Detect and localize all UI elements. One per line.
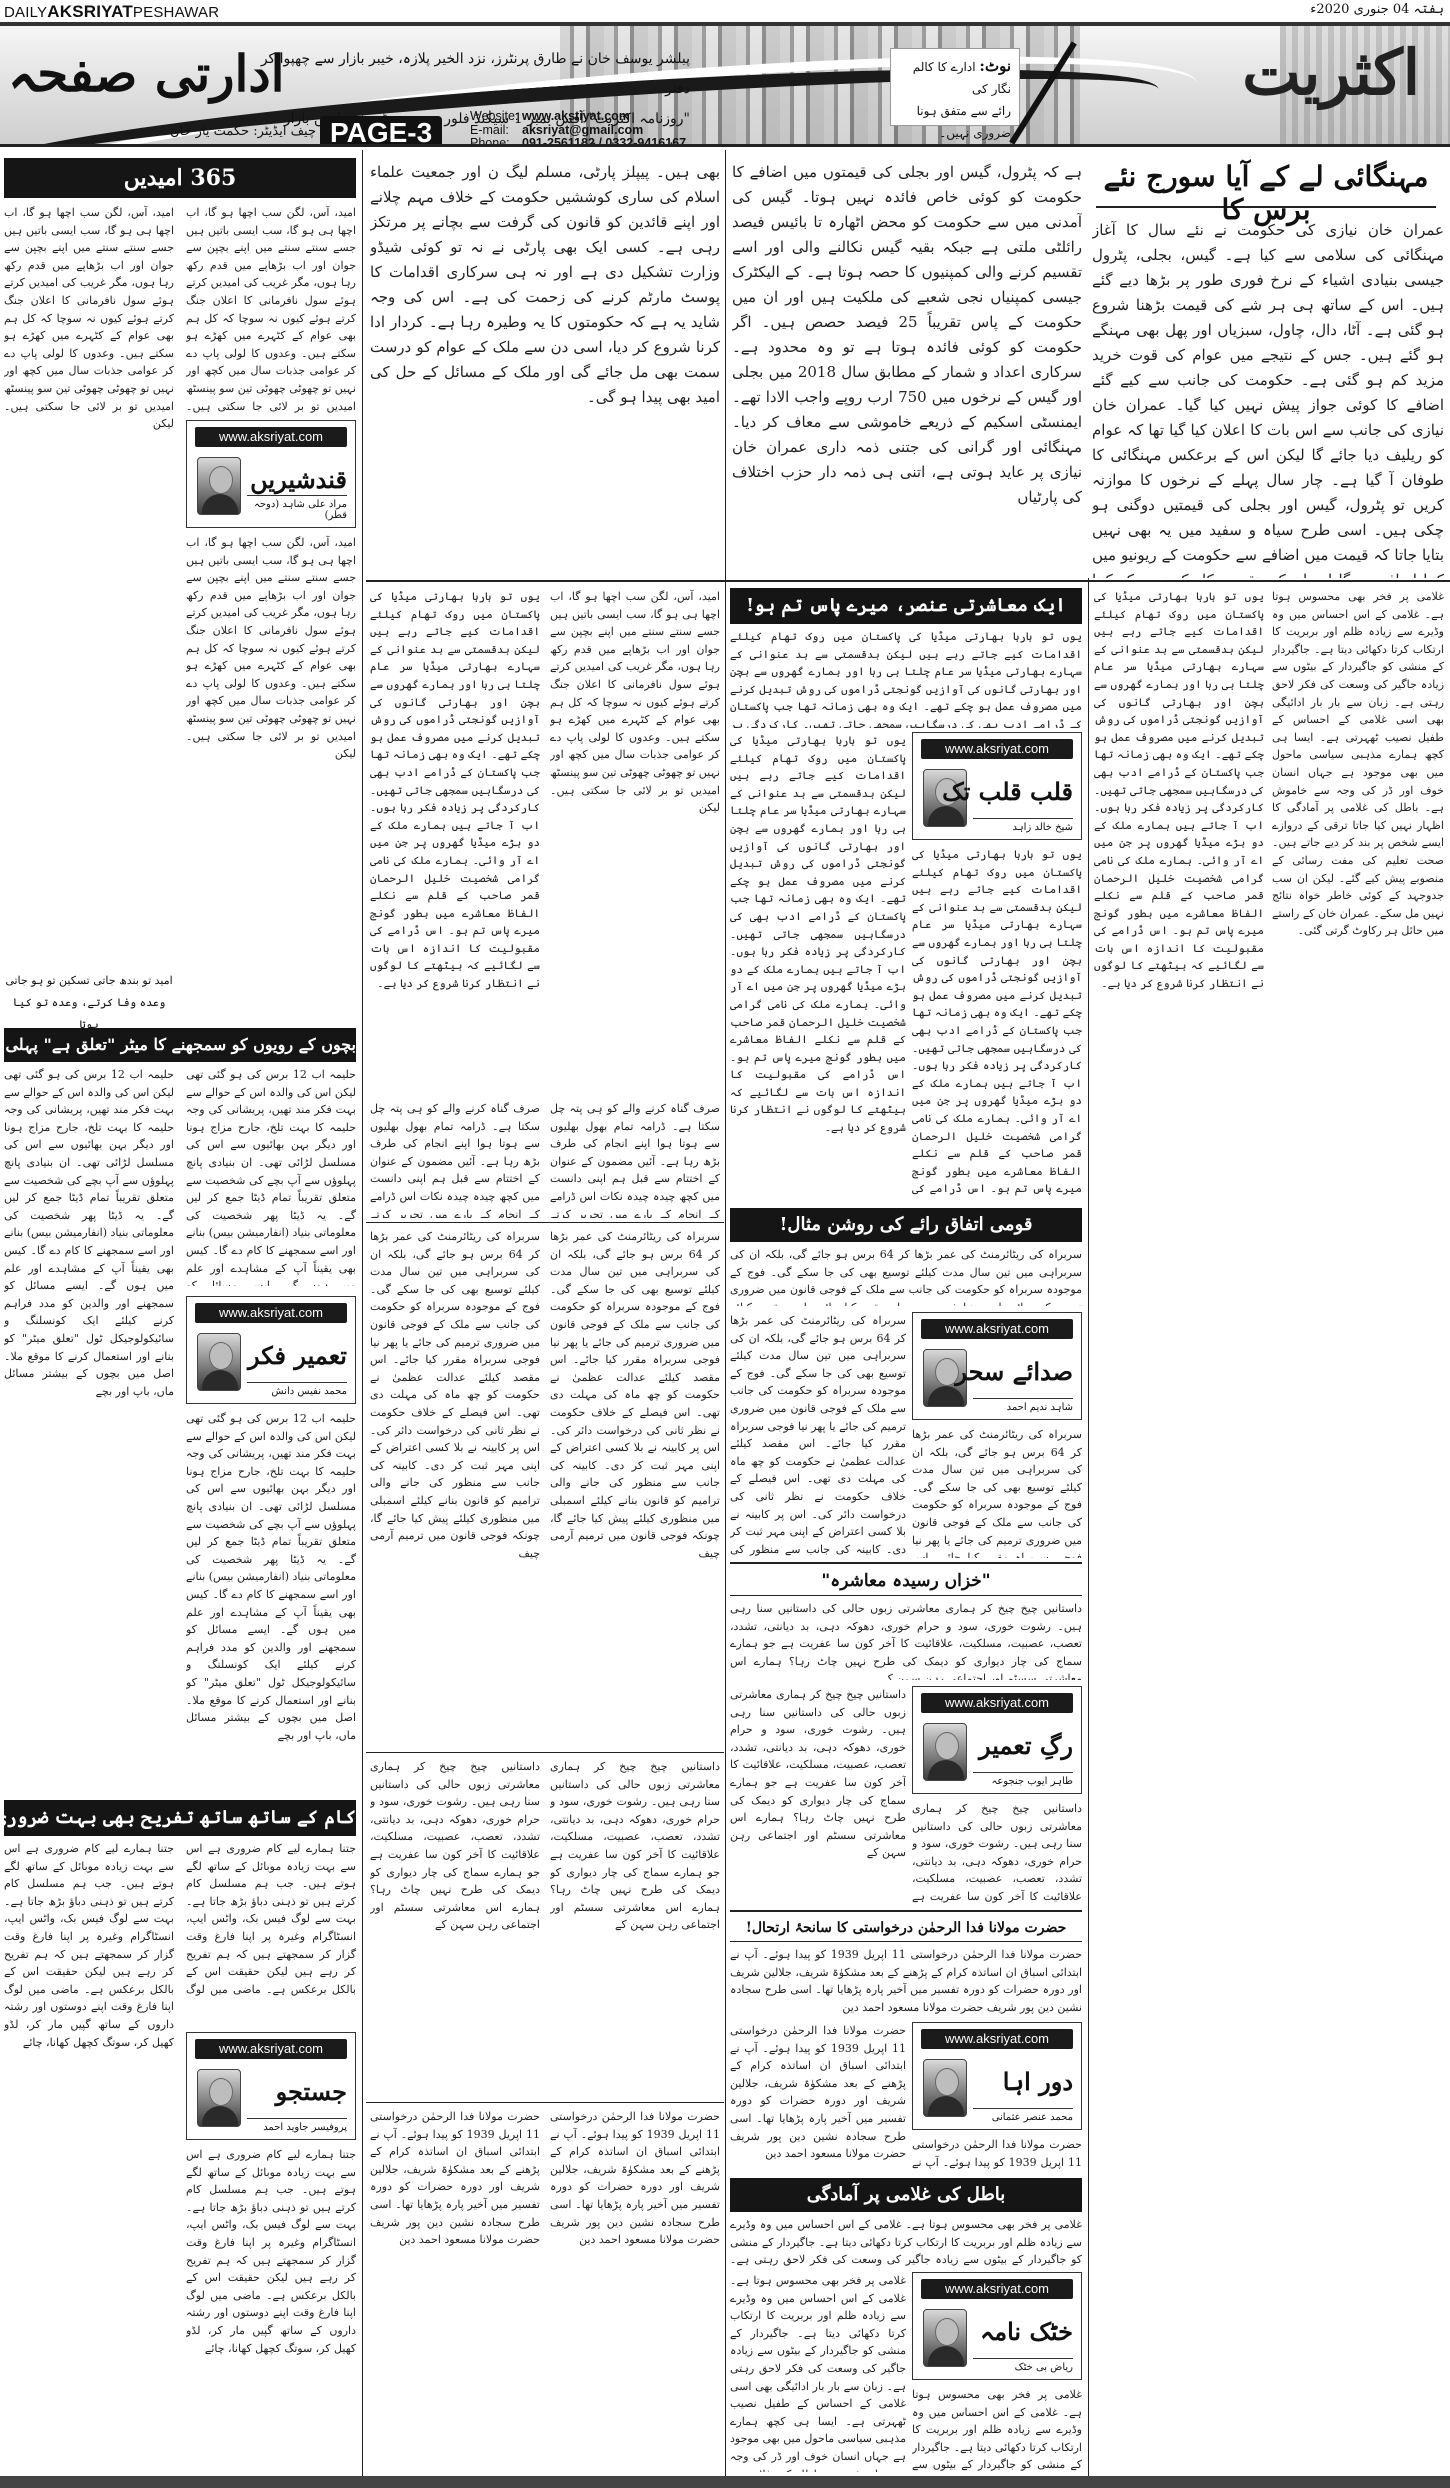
- columnist-box: www.aksriyat.com رگِ تعمیر طاہر ایوب جنج…: [912, 1686, 1082, 1794]
- columnist-box: www.aksriyat.com قندشیریں مراد علی شاہد …: [186, 420, 356, 528]
- columnist-name: پروفیسر جاوید احمد: [247, 2118, 347, 2133]
- article-body: حلیمہ اب 12 برس کی ہو گئی تھی لیکن اس کی…: [186, 1066, 356, 1286]
- columnist-photo: [197, 2069, 241, 2127]
- article-rule: [366, 1752, 724, 1753]
- column-header-maulana: حضرت مولانا فدا الرحمٰن درخواستی کا سانح…: [730, 1910, 1082, 1942]
- columnist-photo: [197, 1333, 241, 1391]
- column-header-recreation: کام کے ساتھ ساتھ تفریح بھی بہت ضروری ہے!…: [4, 1800, 356, 1836]
- website-url-badge: www.aksriyat.com: [195, 1303, 347, 1323]
- column-divider: [1088, 578, 1089, 2476]
- article-body: سربراہ کی ریٹائرمنٹ کی عمر بڑھا کر 64 بر…: [730, 1246, 1082, 1306]
- column-name: قلب قلب تک: [942, 777, 1073, 806]
- website-url-badge: www.aksriyat.com: [921, 1693, 1073, 1713]
- phone-number: 091-2561182 / 0332-9416167: [522, 136, 686, 147]
- article-body: داستانیں چیخ چیخ کر ہماری معاشرتی زبوں ح…: [550, 1758, 720, 2098]
- column-header-365-hopes: 365 امیدیں: [4, 158, 356, 198]
- editorial-column-continued: بھی ہیں۔ پیپلز پارٹی، مسلم لیگ ن اور جمع…: [370, 160, 720, 578]
- website-url-badge: www.aksriyat.com: [921, 1319, 1073, 1339]
- article-body: امید، آس، لگن سب اچھا ہو گا، اب اچھا ہی …: [186, 534, 356, 994]
- article-body: حلیمہ اب 12 برس کی ہو گئی تھی لیکن اس کی…: [186, 1410, 356, 1780]
- column-header-falsehood: باطل کی غلامی پر آمادگی: [730, 2178, 1082, 2212]
- article-body: صرف گناہ کرنے والے کو ہی پتہ چل سکتا ہے۔…: [550, 1100, 720, 1218]
- masthead-banner: ادارتی صفحہ پبلشر یوسف خان نے طارق پرنٹر…: [0, 22, 1450, 147]
- article-body: سربراہ کی ریٹائرمنٹ کی عمر بڑھا کر 64 بر…: [912, 1426, 1082, 1558]
- article-body: غلامی پر فخر بھی محسوس ہوتا ہے۔ غلامی کے…: [912, 2386, 1082, 2472]
- article-body: سربراہ کی ریٹائرمنٹ کی عمر بڑھا کر 64 بر…: [370, 1228, 540, 1748]
- article-body: امید، آس، لگن سب اچھا ہو گا، اب اچھا ہی …: [4, 204, 174, 994]
- editorial-bottom-rule: [366, 580, 1450, 582]
- contact-info: Website:www.akstiyat.com E-mail:aksriyat…: [470, 110, 686, 147]
- newspaper-brand: DAILYAKSRIYATPESHAWAR: [4, 2, 219, 22]
- poem-couplet: امید تو بندھ جاتی تسکین تو ہو جاتی وعدہ …: [4, 970, 174, 1020]
- article-body: سربراہ کی ریٹائرمنٹ کی عمر بڑھا کر 64 بر…: [550, 1228, 720, 1748]
- article-body: صرف گناہ کرنے والے کو ہی پتہ چل سکتا ہے۔…: [370, 1100, 540, 1218]
- article-body: جتنا ہمارے لیے کام ضروری ہے اس سے بہت زی…: [4, 1840, 174, 2480]
- section-title: ادارتی صفحہ: [8, 44, 285, 103]
- columnist-box: www.aksriyat.com تعمیر فکر محمد نفیس دان…: [186, 1296, 356, 1404]
- columnist-box: www.aksriyat.com جستجو پروفیسر جاوید احم…: [186, 2032, 356, 2140]
- article-body: امید، آس، لگن سب اچھا ہو گا، اب اچھا ہی …: [550, 588, 720, 1148]
- column-name: خٹک نامہ: [980, 2317, 1073, 2346]
- columnist-name: محمد نفیس دانش: [247, 1382, 347, 1397]
- column-divider: [362, 150, 363, 2476]
- column-name: جستجو: [276, 2077, 347, 2106]
- columnist-photo: [923, 1723, 967, 1781]
- article-body: غلامی پر فخر بھی محسوس ہوتا ہے۔ غلامی کے…: [730, 2216, 1082, 2268]
- article-body: حضرت مولانا فدا الرحمٰن درخواستی 11 اپری…: [730, 1946, 1082, 2016]
- columnist-box: www.aksriyat.com قلب قلب تک شیخ خالد زاہ…: [912, 732, 1082, 840]
- article-body: حضرت مولانا فدا الرحمٰن درخواستی 11 اپری…: [912, 2136, 1082, 2172]
- top-line: DAILYAKSRIYATPESHAWAR ہفتہ 04 جنوری 2020…: [0, 0, 1450, 22]
- article-body: غلامی پر فخر بھی محسوس ہوتا ہے۔ غلامی کے…: [730, 2272, 906, 2472]
- columnist-name: ریاض بی خٹک: [973, 2358, 1073, 2373]
- article-rule: [366, 2102, 724, 2103]
- columnist-box: www.aksriyat.com خٹک نامہ ریاض بی خٹک: [912, 2272, 1082, 2380]
- website-url-badge: www.aksriyat.com: [921, 2029, 1073, 2049]
- article-body: سربراہ کی ریٹائرمنٹ کی عمر بڑھا کر 64 بر…: [730, 1312, 906, 1558]
- column-name: رگِ تعمیر: [979, 1731, 1073, 1760]
- column-divider: [725, 150, 726, 2476]
- article-body: یوں تو بارہا بھارتی میڈیا کی پاکستان میں…: [912, 846, 1082, 1202]
- website-url-badge: www.aksriyat.com: [195, 427, 347, 447]
- page-number-badge: PAGE-3: [320, 116, 442, 147]
- editorial-column-left: ہے کہ پٹرول، گیس اور بجلی کی قیمتوں میں …: [732, 160, 1082, 578]
- column-header-consensus: قومی اتفاق رائے کی روشن مثال!: [730, 1208, 1082, 1242]
- chief-editor: چیف ایڈیٹر: حکمت یار خان: [170, 124, 316, 139]
- page-footer-bar: [0, 2476, 1450, 2488]
- column-header-social-element: ایک معاشرتی عنصر، میرے پاس تم ہو!: [730, 588, 1082, 624]
- article-rule: [366, 1222, 724, 1223]
- columnist-name: شیخ خالد زاہد: [973, 818, 1073, 833]
- article-body: حلیمہ اب 12 برس کی ہو گئی تھی لیکن اس کی…: [4, 1066, 174, 1776]
- article-body: یوں تو بارہا بھارتی میڈیا کی پاکستان میں…: [730, 628, 1082, 728]
- article-body: حضرت مولانا فدا الرحمٰن درخواستی 11 اپری…: [550, 2108, 720, 2478]
- column-name: تعمیر فکر: [248, 1341, 347, 1370]
- columnist-photo: [197, 457, 241, 515]
- columnist-photo: [923, 2059, 967, 2117]
- columnist-box: www.aksriyat.com دور اہا محمد عنصر عثمان…: [912, 2022, 1082, 2130]
- article-body: یوں تو بارہا بھارتی میڈیا کی پاکستان میں…: [370, 588, 540, 1148]
- columnist-name: طاہر ایوب جنجوعہ: [973, 1772, 1073, 1787]
- issue-date: ہفتہ 04 جنوری 2020ء: [1310, 2, 1444, 17]
- article-body: غلامی پر فخر بھی محسوس ہوتا ہے۔ غلامی کے…: [1272, 588, 1444, 2478]
- article-body: یوں تو بارہا بھارتی میڈیا کی پاکستان میں…: [730, 732, 906, 1202]
- column-name: دور اہا: [1003, 2067, 1073, 2096]
- article-body: جتنا ہمارے لیے کام ضروری ہے اس سے بہت زی…: [186, 1840, 356, 2000]
- article-body: داستانیں چیخ چیخ کر ہماری معاشرتی زبوں ح…: [912, 1800, 1082, 1906]
- columnist-name: مراد علی شاہد (دوحہ قطر): [247, 495, 347, 521]
- website-url-badge: www.aksriyat.com: [195, 2039, 347, 2059]
- website-link[interactable]: www.akstiyat.com: [522, 109, 630, 123]
- columnist-box: www.aksriyat.com صدائے سحر شاہد ندیم احم…: [912, 1312, 1082, 1420]
- article-body: داستانیں چیخ چیخ کر ہماری معاشرتی زبوں ح…: [730, 1600, 1082, 1680]
- disclaimer-note: نوٹ: ادارے کا کالم نگار کی رائے سے متفق …: [890, 48, 1020, 126]
- article-body: جتنا ہمارے لیے کام ضروری ہے اس سے بہت زی…: [186, 2146, 356, 2476]
- column-name: صدائے سحر: [955, 1357, 1073, 1386]
- article-body: امید، آس، لگن سب اچھا ہو گا، اب اچھا ہی …: [186, 204, 356, 414]
- column-name: قندشیریں: [250, 465, 347, 494]
- article-body: حضرت مولانا فدا الرحمٰن درخواستی 11 اپری…: [370, 2108, 540, 2478]
- website-url-badge: www.aksriyat.com: [921, 2279, 1073, 2299]
- article-body: داستانیں چیخ چیخ کر ہماری معاشرتی زبوں ح…: [370, 1758, 540, 2098]
- editorial-column-right: عمران خان نیازی کی حکومت نے نئے سال کا آ…: [1092, 218, 1444, 578]
- columnist-name: محمد عنصر عثمانی: [973, 2108, 1073, 2123]
- email-link[interactable]: aksriyat@gmail.com: [522, 123, 643, 137]
- website-url-badge: www.aksriyat.com: [921, 739, 1073, 759]
- columnist-photo: [923, 2309, 967, 2367]
- newspaper-logo: اکثریت: [1242, 36, 1420, 109]
- column-header-children: بچوں کے رویوں کو سمجھنے کا میٹر "تعلق ہے…: [4, 1028, 356, 1062]
- columnist-name: شاہد ندیم احمد: [973, 1398, 1073, 1413]
- article-body: یوں تو بارہا بھارتی میڈیا کی پاکستان میں…: [1094, 588, 1264, 2478]
- column-header-society: "خزاں رسیدہ معاشرہ": [730, 1562, 1082, 1596]
- editorial-headline: مہنگائی لے کے آیا سورج نئے برس کا: [1096, 160, 1436, 208]
- article-body: حضرت مولانا فدا الرحمٰن درخواستی 11 اپری…: [730, 2022, 906, 2172]
- article-body: داستانیں چیخ چیخ کر ہماری معاشرتی زبوں ح…: [730, 1686, 906, 1906]
